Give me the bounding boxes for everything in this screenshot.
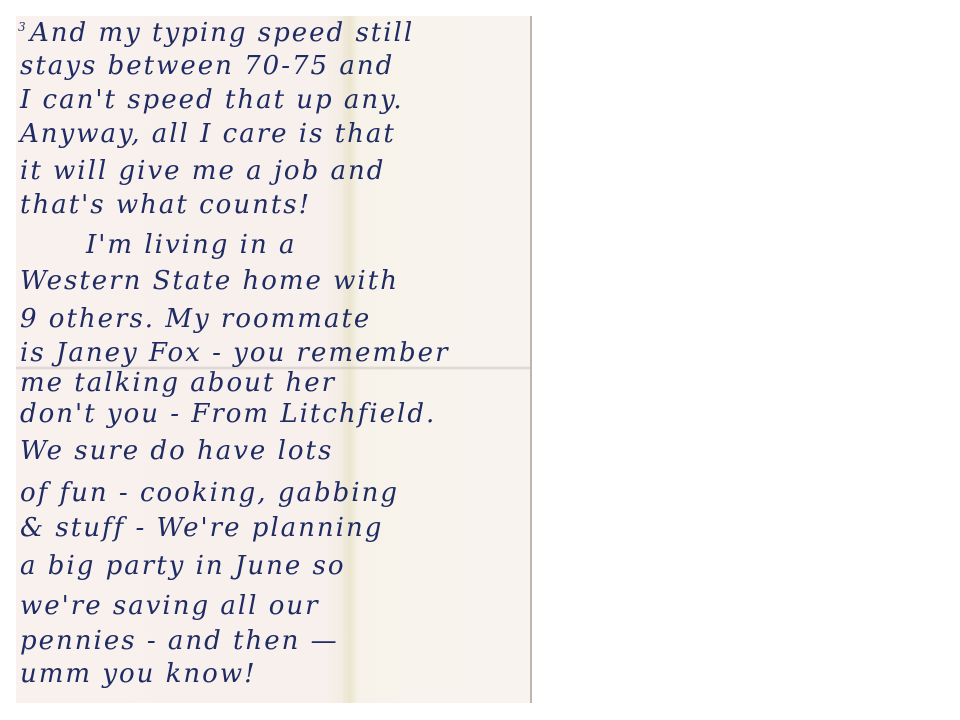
letter-line: a big party in June so — [20, 551, 346, 581]
letter-line: We sure do have lots — [20, 436, 333, 466]
page-number: 3 — [18, 20, 26, 34]
letter-line: 9 others. My roommate — [20, 304, 371, 334]
letter-page: 3 And my typing speed still stays betwee… — [16, 16, 532, 703]
letter-line: And my typing speed still — [30, 18, 414, 48]
letter-line: pennies - and then — — [20, 626, 339, 656]
letter-line: of fun - cooking, gabbing — [20, 478, 399, 508]
letter-line: it will give me a job and — [20, 156, 385, 186]
letter-line: I'm living in a — [86, 230, 296, 260]
letter-line: stays between 70-75 and — [20, 51, 394, 81]
letter-line: umm you know! — [20, 659, 257, 689]
letter-line: I can't speed that up any. — [20, 85, 404, 115]
letter-line: don't you - From Litchfield. — [20, 399, 436, 429]
letter-line: that's what counts! — [20, 190, 311, 220]
letter-line: Anyway, all I care is that — [20, 119, 396, 149]
letter-line: we're saving all our — [20, 591, 320, 621]
letter-line: Western State home with — [20, 266, 399, 296]
letter-line: is Janey Fox - you remember — [20, 338, 450, 368]
letter-line: & stuff - We're planning — [20, 513, 383, 543]
letter-line: me talking about her — [20, 368, 336, 398]
